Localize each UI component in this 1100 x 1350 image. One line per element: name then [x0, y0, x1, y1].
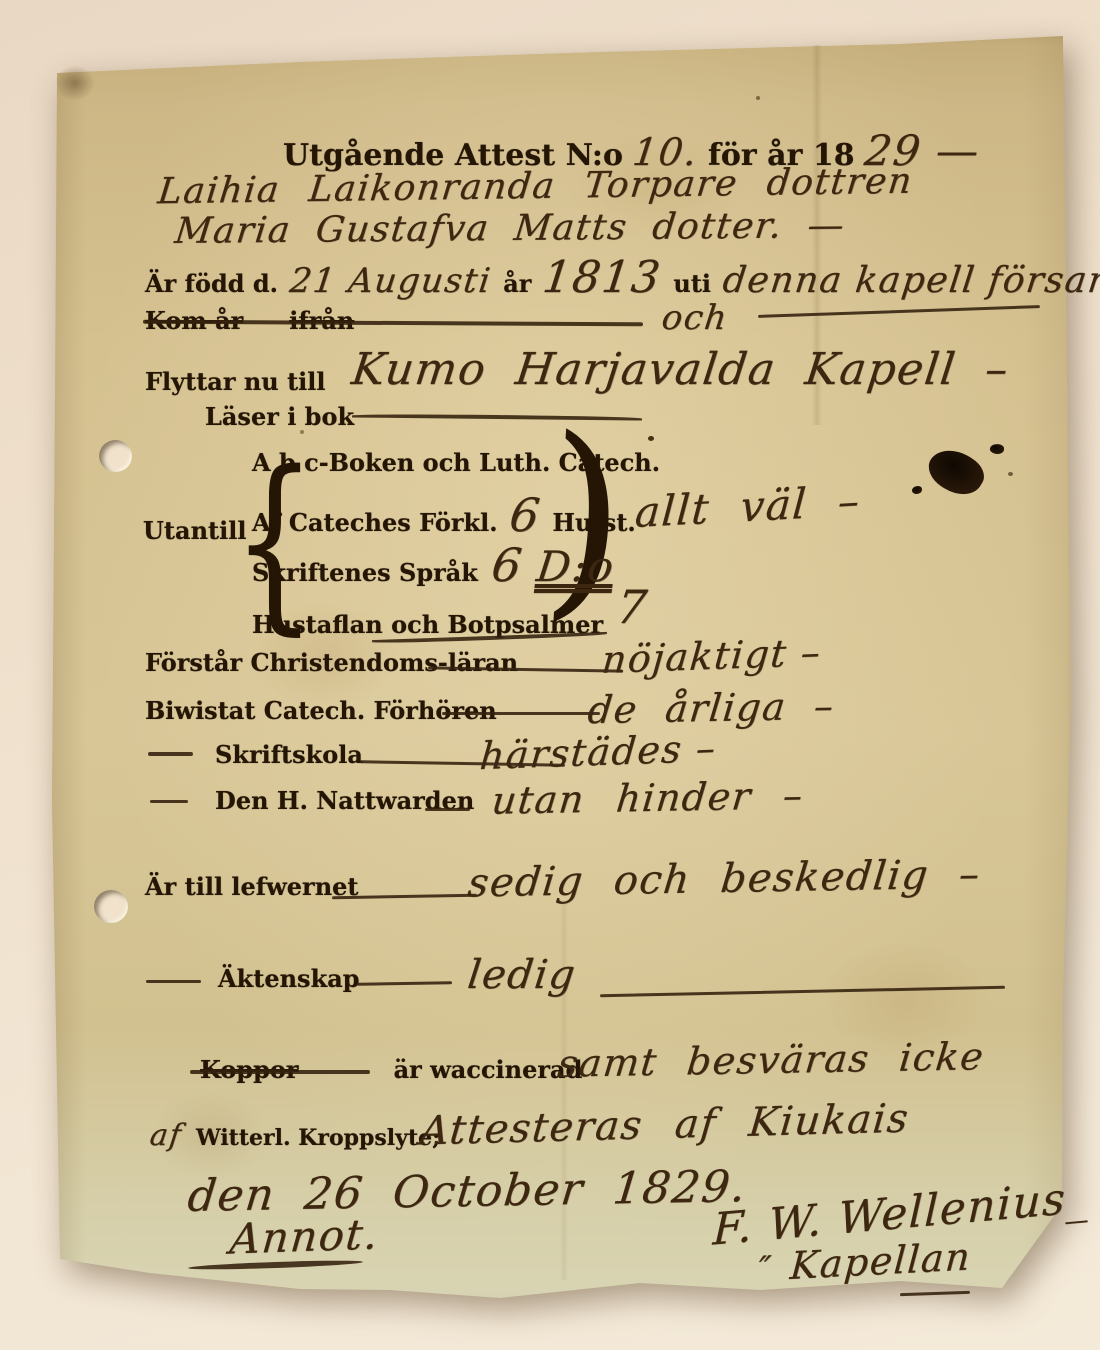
lefvernet-answer: sedig och beskedlig –	[468, 852, 981, 907]
forhoren-answer: de årliga –	[588, 684, 835, 732]
aktenskap-dash	[146, 980, 201, 983]
utantill-row3-dito-handwritten: D:o	[534, 542, 618, 591]
nattvarden-answer: utan hinder –	[492, 773, 804, 822]
utantill-printed-label: Utantill	[143, 516, 246, 545]
christendom-printed-label: Förstår Christendoms-läran	[145, 648, 518, 677]
skriftskola-line: Skriftskola	[215, 740, 363, 769]
vaccination-handwritten: samt besväras icke	[556, 1034, 987, 1086]
utantill-row3-label: Skriftenes Språk	[252, 558, 478, 587]
christendom-handwritten: nöjaktigt –	[600, 630, 823, 682]
birth-printed-in: uti	[673, 269, 711, 298]
origin-och-handwritten: och	[660, 298, 731, 338]
paper-speck	[756, 96, 760, 100]
birth-printed-year: år	[503, 269, 531, 298]
vaccination-answer: samt besväras icke	[558, 1034, 985, 1085]
skriftskola-dash	[148, 752, 193, 756]
signature-mark: ″	[757, 1249, 774, 1290]
birth-printed-born: Är född d.	[145, 269, 278, 298]
koppor-strike-line	[190, 1070, 370, 1074]
forhoren-blank-line	[442, 712, 600, 715]
photo-of-document: Utgående Attest N:o 10. för år 18 29 — L…	[0, 0, 1100, 1350]
laser-printed-label: Läser i bok	[205, 402, 354, 431]
attest-line: af Witterl. Kroppslyte;	[150, 1118, 440, 1153]
utantill-row2-label: Af Cateches Förkl.	[252, 508, 498, 537]
utantill-label: Utantill	[143, 516, 246, 545]
move-printed-label: Flyttar nu till	[145, 367, 326, 396]
vaccination-printed-waccinerad: är waccinerad	[394, 1055, 583, 1084]
utantill-row2-suffix: Hufst.	[552, 508, 635, 537]
birth-day-handwritten: 21 Augusti	[288, 261, 494, 301]
aktenskap-line: Äktenskap	[218, 964, 360, 993]
lefvernet-line: Är till lefwernet	[145, 872, 359, 901]
move-destination-handwritten: Kumo Harjavalda Kapell –	[348, 344, 1011, 395]
birth-line: Är född d. 21 Augusti år 1813 uti denna …	[145, 252, 1100, 303]
punch-hole-top	[99, 440, 132, 472]
skriftskola-handwritten: härstädes –	[478, 726, 718, 778]
nattvarden-dash	[150, 800, 188, 803]
attest-printed-label: Witterl. Kroppslyte;	[196, 1125, 440, 1151]
lefvernet-printed-label: Är till lefwernet	[145, 872, 359, 901]
paper-speck	[1008, 472, 1013, 476]
birth-year-handwritten: 1813	[540, 252, 664, 303]
addressee-line-2: Maria Gustafva Matts dotter. —	[175, 205, 845, 252]
nattvarden-handwritten: utan hinder –	[490, 773, 806, 823]
aktenskap-handwritten: ledig	[465, 952, 579, 998]
utantill-row4-grade-handwritten: 7	[614, 580, 651, 634]
punch-hole-bottom	[94, 890, 128, 923]
birth-place-handwritten: denna kapell församling	[721, 260, 1100, 301]
utantill-row-4: Hustaflan och Botpsalmer 7	[252, 590, 648, 644]
skriftskola-printed-label: Skriftskola	[215, 740, 363, 769]
utantill-row-2: Af Cateches Förkl. 6 Hufst.	[252, 488, 636, 542]
paper-speck	[648, 436, 654, 441]
aktenskap-answer: ledig	[468, 952, 576, 998]
forhoren-printed-label: Biwistat Catech. Förhören	[145, 696, 497, 725]
lefvernet-handwritten: sedig och beskedlig –	[466, 851, 983, 906]
origin-och: och	[662, 298, 728, 338]
utantill-row-3: Skriftenes Språk 6 D:o	[252, 538, 614, 592]
utantill-row-1: A b c-Boken och Luth. Catech.	[252, 448, 660, 477]
laser-line: Läser i bok	[205, 402, 354, 431]
annotation-handwritten: Annot.	[228, 1209, 381, 1263]
utantill-row2-grade-handwritten: 6	[506, 488, 543, 542]
aktenskap-printed-label: Äktenskap	[218, 964, 360, 993]
skriftskola-answer: härstädes –	[479, 726, 717, 778]
annotation-line: Annot.	[229, 1209, 380, 1263]
utantill-row3-grade-handwritten: 6	[489, 538, 526, 592]
addressee-text: Maria Gustafva Matts dotter. —	[173, 205, 848, 252]
nattvarden-mid-dash	[425, 808, 470, 811]
forhoren-handwritten: de årliga –	[586, 684, 837, 732]
forhoren-line: Biwistat Catech. Förhören	[145, 696, 497, 725]
christendom-line: Förstår Christendoms-läran	[145, 648, 518, 677]
utantill-row1-text: A b c-Boken och Luth. Catech.	[252, 448, 660, 477]
attest-af-handwritten: af	[148, 1118, 184, 1153]
christendom-answer: nöjaktigt –	[601, 630, 822, 682]
